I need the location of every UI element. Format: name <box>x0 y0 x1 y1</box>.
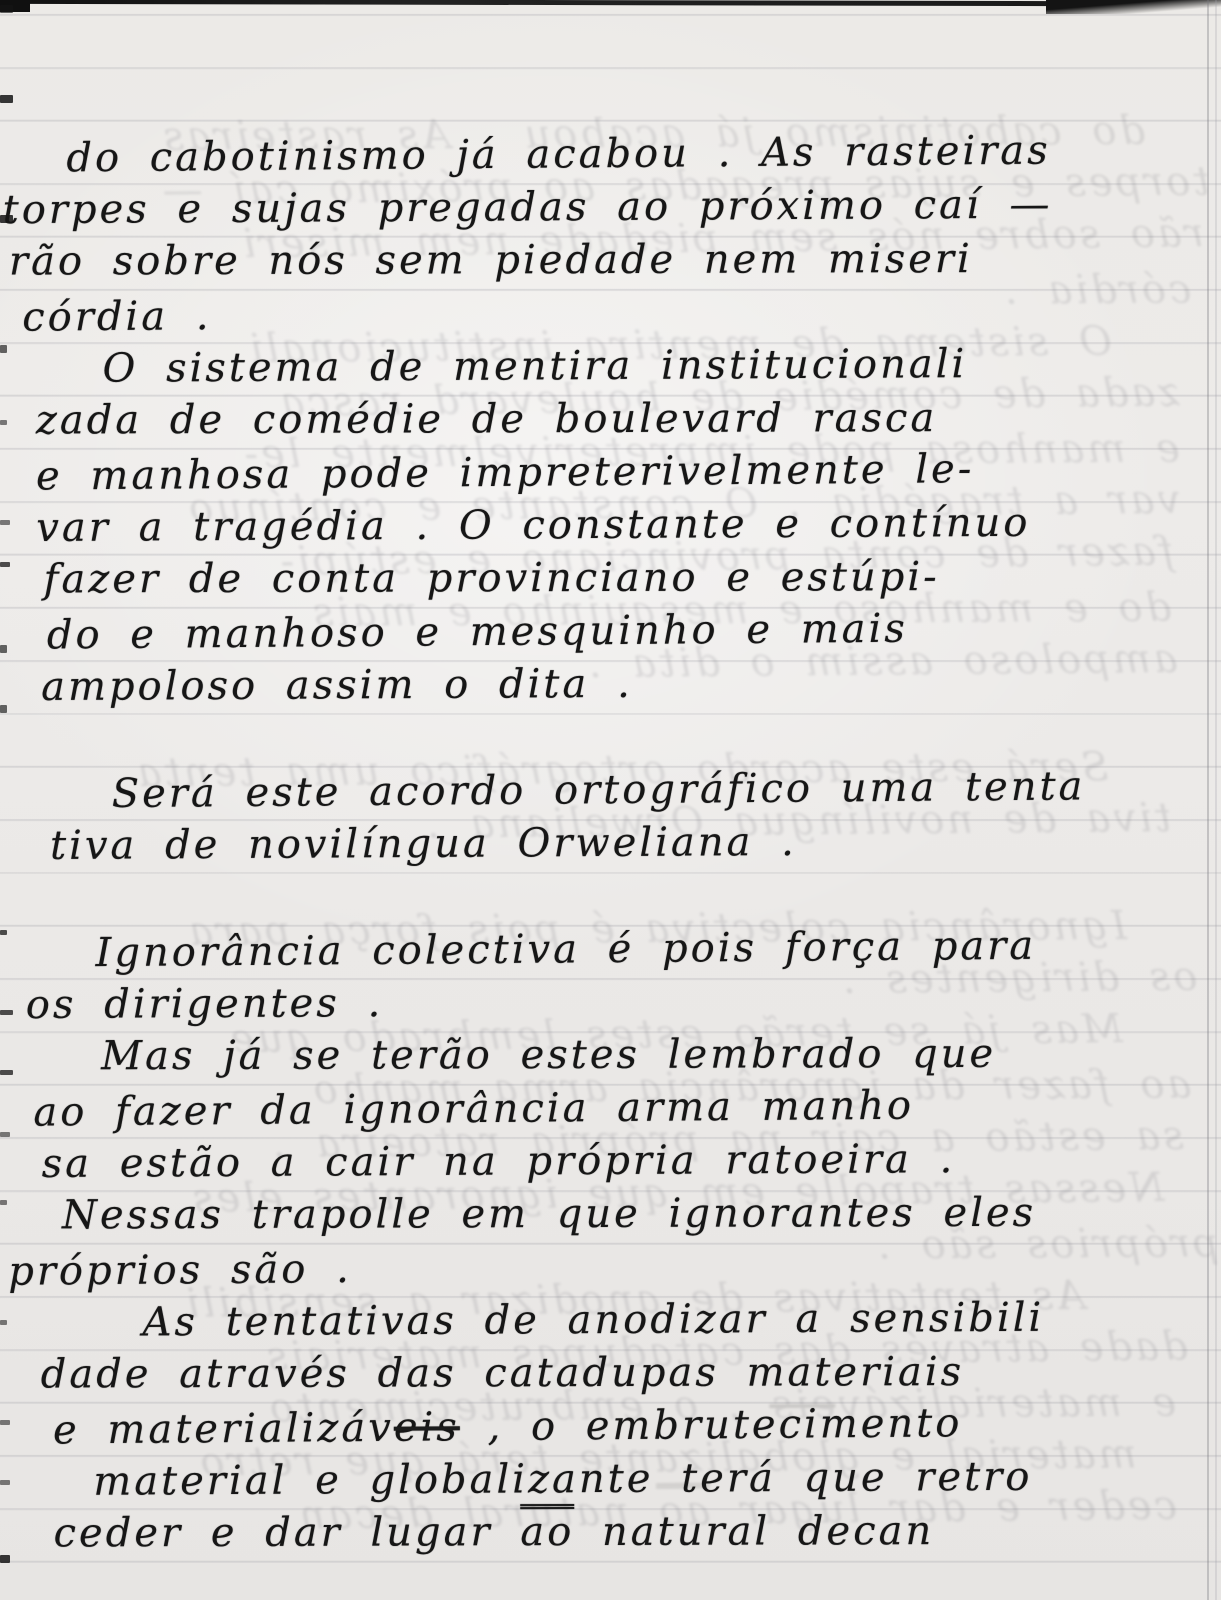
corrected-text-segment: ao <box>520 1509 574 1555</box>
handwritten-line: ceder e dar lugar ao natural decan <box>54 1504 1221 1560</box>
handwritten-line: do cabotinismo já acabou . As rasteiras <box>66 123 1217 185</box>
handwritten-line: zada de comédie de boulevard rasca <box>36 391 1219 447</box>
handwritten-line: Será este acordo ortográfico uma tenta <box>112 759 1221 821</box>
scan-artifact-top-right <box>1046 0 1221 14</box>
handwritten-line: Mas já se terão estes lembrado que <box>101 1027 1221 1083</box>
handwritten-line: Ignorância colectiva é pois força para <box>95 918 1221 980</box>
text-segment: , o embrutecimento <box>460 1400 963 1450</box>
handwritten-line: ao fazer da ignorância arma manho <box>33 1077 1221 1139</box>
scan-artifact-top-left <box>0 0 30 12</box>
scan-artifact-left-tick <box>0 5 13 13</box>
handwriting-layer: do cabotinismo já acabou . As rasteirast… <box>0 125 1221 1562</box>
handwritten-line <box>0 709 1221 765</box>
handwritten-line: Nessas trapolle em que ignorantes eles <box>62 1186 1221 1242</box>
handwritten-line: e materializáveis , o embrutecimento <box>53 1395 1221 1457</box>
handwritten-line: tiva de novilíngua Orweliana . <box>50 814 1221 873</box>
handwritten-line: rão sobre nós sem piedade nem miseri <box>9 232 1218 288</box>
manuscript-page: do cabotinismo já acabou . As rasteirast… <box>0 0 1221 1600</box>
handwritten-line: sa estão a cair na própria ratoeira . <box>42 1132 1221 1191</box>
handwritten-line: material e globalizante terá que retro <box>93 1450 1221 1509</box>
handwritten-line <box>0 868 1221 924</box>
handwritten-line: do e manhoso e mesquinho e mais <box>47 600 1220 662</box>
handwritten-line: ampoloso assim o dita . <box>41 655 1220 714</box>
handwritten-line: próprios são . <box>8 1236 1221 1299</box>
handwritten-line: fazer de conta provinciano e estúpi- <box>44 550 1220 606</box>
handwritten-line: córdia . <box>22 282 1218 344</box>
handwritten-line: dade através das catadupas materiais <box>41 1345 1221 1401</box>
handwritten-line: As tentativas de anodizar a sensibili <box>142 1291 1221 1350</box>
handwritten-line: O sistema de mentira institucionali <box>102 337 1218 396</box>
text-segment: e materializáv <box>53 1405 394 1454</box>
corrected-text-segment: eis <box>394 1404 460 1451</box>
text-segment: ceder e dar lugar <box>54 1509 521 1556</box>
handwritten-line: e manhosa pode impreterivelmente le- <box>36 441 1219 503</box>
handwritten-line: torpes e sujas pregadas ao próximo caí — <box>3 178 1218 237</box>
handwritten-line: os dirigentes . <box>26 973 1221 1032</box>
scan-artifact-top-edge <box>18 0 1058 6</box>
handwritten-line: var a tragédia . O constante e contínuo <box>36 496 1219 555</box>
text-segment: natural decan <box>574 1508 934 1555</box>
scan-artifact-left-tick <box>0 95 13 103</box>
